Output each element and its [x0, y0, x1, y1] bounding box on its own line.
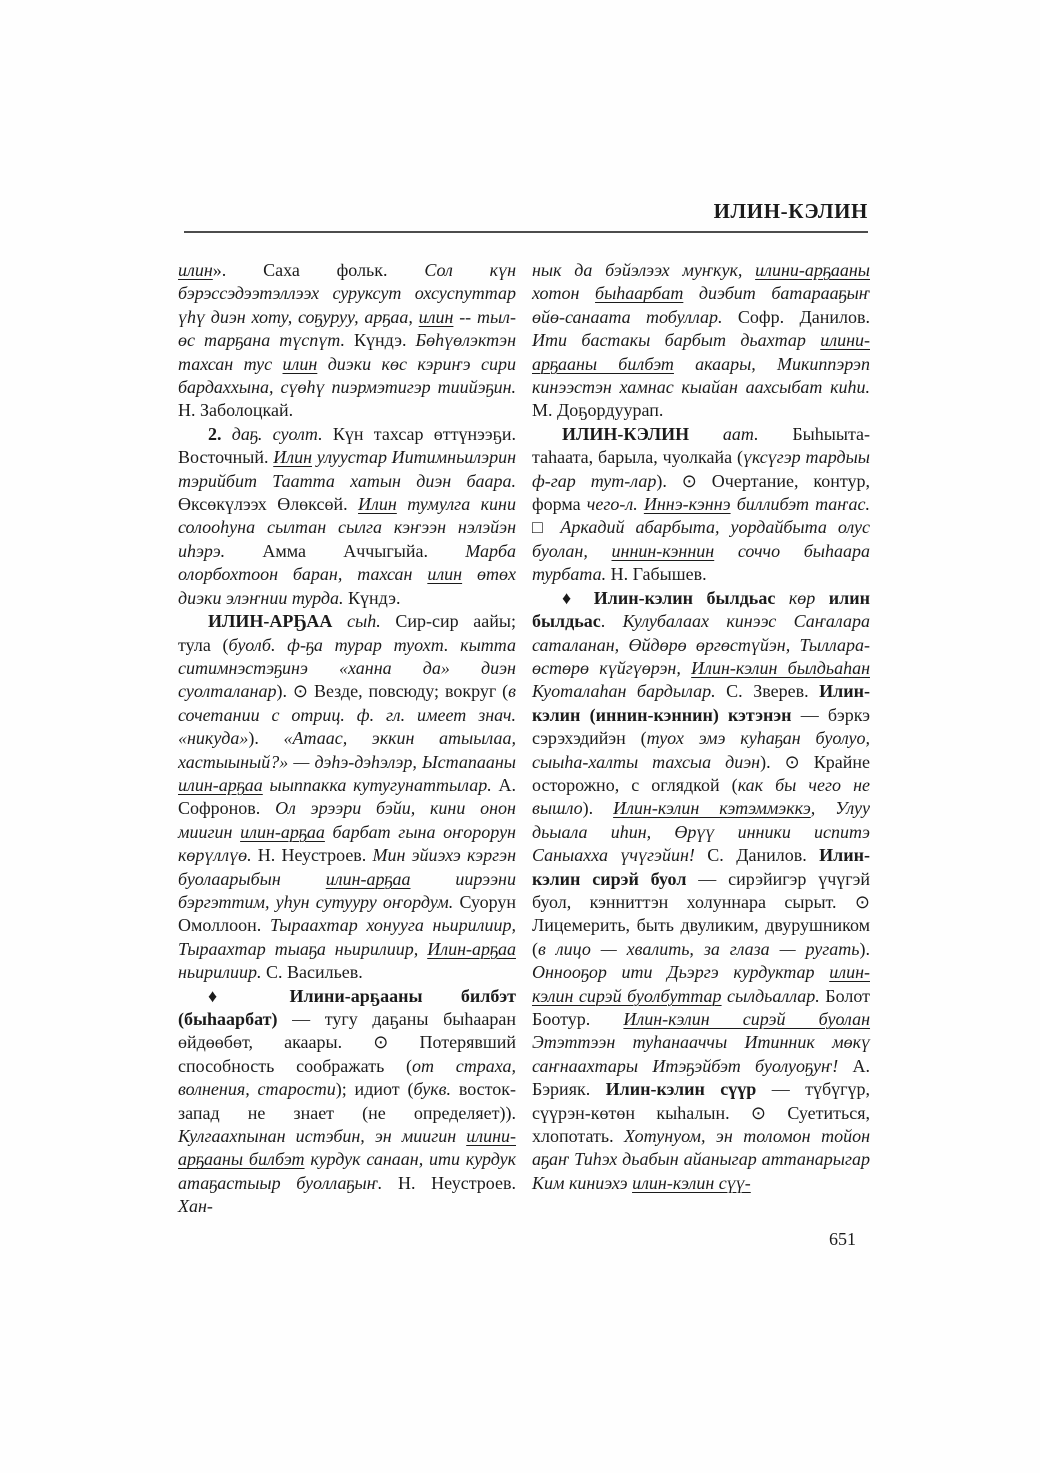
idiom-ilin-kelin-phrases: ♦ Илин-кэлин былдьас көр илин былдьас. К… [532, 587, 870, 1196]
underlined-text: Илин-арҕаа [427, 939, 516, 959]
underlined-text: илин [283, 354, 318, 374]
running-head-title: ИЛИН-КЭЛИН [178, 199, 868, 224]
regular-text: Күндэ. [345, 330, 416, 350]
column-right: нык да бэйэлээх муҥкук, илини-арҕааны хо… [532, 259, 870, 1195]
underlined-text: илин-кэлин сүү- [632, 1173, 751, 1193]
italic-text: Хан- [178, 1196, 213, 1216]
underlined-text: Илин [273, 447, 312, 467]
italic-text: Оннооҕор ити Дьэргэ курдуктар [532, 962, 829, 982]
regular-text: М. Доҕордуурап. [532, 400, 663, 420]
italic-text: Ити бастакы барбыт дьахтар [532, 330, 820, 350]
regular-text: С. Васильев. [261, 962, 362, 982]
underlined-text: Илин-кэлин сирэй буолан [623, 1009, 870, 1029]
italic-text: нык да бэйэлээх муҥкук, [532, 260, 755, 280]
bold-text: Илин-кэлин былдьас [594, 588, 776, 608]
italic-text: в лицо — хвалить, за глаза — ругать [538, 939, 860, 959]
underlined-text: быһаарбат [595, 283, 683, 303]
underlined-text: илин-арҕаа [326, 869, 411, 889]
underlined-text: илин [419, 307, 454, 327]
underlined-text: иннин-кэннин [612, 541, 715, 561]
regular-text: ». Саха фольк. [213, 260, 425, 280]
regular-text: Н. Неустроев. [252, 845, 373, 865]
regular-text: Н. Заболоцкай. [178, 400, 293, 420]
regular-text: . [601, 611, 623, 631]
page-number: 651 [178, 1229, 856, 1250]
regular-text: ). [583, 798, 613, 818]
underlined-text: Илин [358, 494, 397, 514]
italic-text: даҕ. суолт. [222, 424, 323, 444]
regular-text: ). ⊙ Везде, повсюду; вокруг ( [276, 681, 508, 701]
underlined-text: илин-арҕаа [178, 775, 263, 795]
underlined-text: илин [178, 260, 213, 280]
regular-text: ). [860, 939, 871, 959]
italic-text: аат. [689, 424, 758, 444]
underlined-text: илин [427, 564, 462, 584]
bold-text: 2. [208, 424, 222, 444]
italic-text: сылдьаллар. [722, 986, 820, 1006]
regular-text: С. Зверев. [716, 681, 820, 701]
underlined-text: Илин-кэлин кэтэммэккэ [613, 798, 811, 818]
regular-text: Софр. Данилов. [723, 307, 870, 327]
underlined-text: Илин-кэлин былдьаһан [691, 658, 870, 678]
underlined-text: илини-арҕааны [755, 260, 870, 280]
regular-text: □ [532, 517, 560, 537]
entry-ilin-argaa: ИЛИН-АРҔАА сыһ. Сир-сир аайы; тула (буол… [178, 610, 516, 985]
italic-text: сыһ. [332, 611, 380, 631]
italic-text: чего-л. [587, 494, 638, 514]
regular-text: Н. Неустроев. [382, 1173, 516, 1193]
column-left: илин». Саха фольк. Сол күн бэрэссэдээтэл… [178, 259, 516, 1219]
bold-text: ИЛИН-АРҔАА [208, 611, 332, 631]
italic-text: букв. [413, 1079, 451, 1099]
italic-text: Этэттээн туһанааччы Итинник мөкү саҥнаах… [532, 1032, 870, 1075]
header-rule [184, 231, 868, 233]
entry-ilin-sense-2: 2. даҕ. суолт. Күн тахсар өттүнээҕи. Вос… [178, 423, 516, 610]
entry-ilin-kelin: ИЛИН-КЭЛИН аат. Быһыыта-таһаата, барыла,… [532, 423, 870, 587]
italic-text: хотон [532, 283, 595, 303]
bold-text: Илин-кэлин сүүр [606, 1079, 757, 1099]
regular-text: ♦ [562, 588, 594, 608]
italic-text: Кулгаахпынан истэбин, эн миигин [178, 1126, 466, 1146]
regular-text: Өксөкүлээх Өлөксөй. [178, 494, 358, 514]
regular-text: С. Данилов. [695, 845, 819, 865]
italic-text: ньирилиир. [178, 962, 261, 982]
entry-ilin-continuation: илин». Саха фольк. Сол күн бэрэссэдээтэл… [178, 259, 516, 423]
bold-text: ИЛИН-КЭЛИН [562, 424, 689, 444]
idiom-continuation: нык да бэйэлээх муҥкук, илини-арҕааны хо… [532, 259, 870, 423]
idiom-ilini-argaany-bilbet: ♦ Илини-арҕааны билбэт (быһаарбат) — туг… [178, 985, 516, 1219]
underlined-text: илин-арҕаа [240, 822, 325, 842]
regular-text: Амма Аччыгыйа. [225, 541, 465, 561]
regular-text: ); идиот ( [336, 1079, 414, 1099]
italic-text: ыыппакка кутугунаттылар. [263, 775, 492, 795]
italic-text: биллибэт таҥас. [731, 494, 870, 514]
regular-text: Н. Габышев. [606, 564, 707, 584]
regular-text: ). [248, 728, 283, 748]
regular-text: ♦ [208, 986, 289, 1006]
dictionary-page: ИЛИН-КЭЛИН илин». Саха фольк. Сол күн бэ… [0, 0, 1040, 1473]
underlined-text: Иннэ-кэннэ [644, 494, 731, 514]
italic-text: Куоталаһан бардылар. [532, 681, 716, 701]
italic-text: көр [775, 588, 815, 608]
regular-text: Күндэ. [344, 588, 401, 608]
